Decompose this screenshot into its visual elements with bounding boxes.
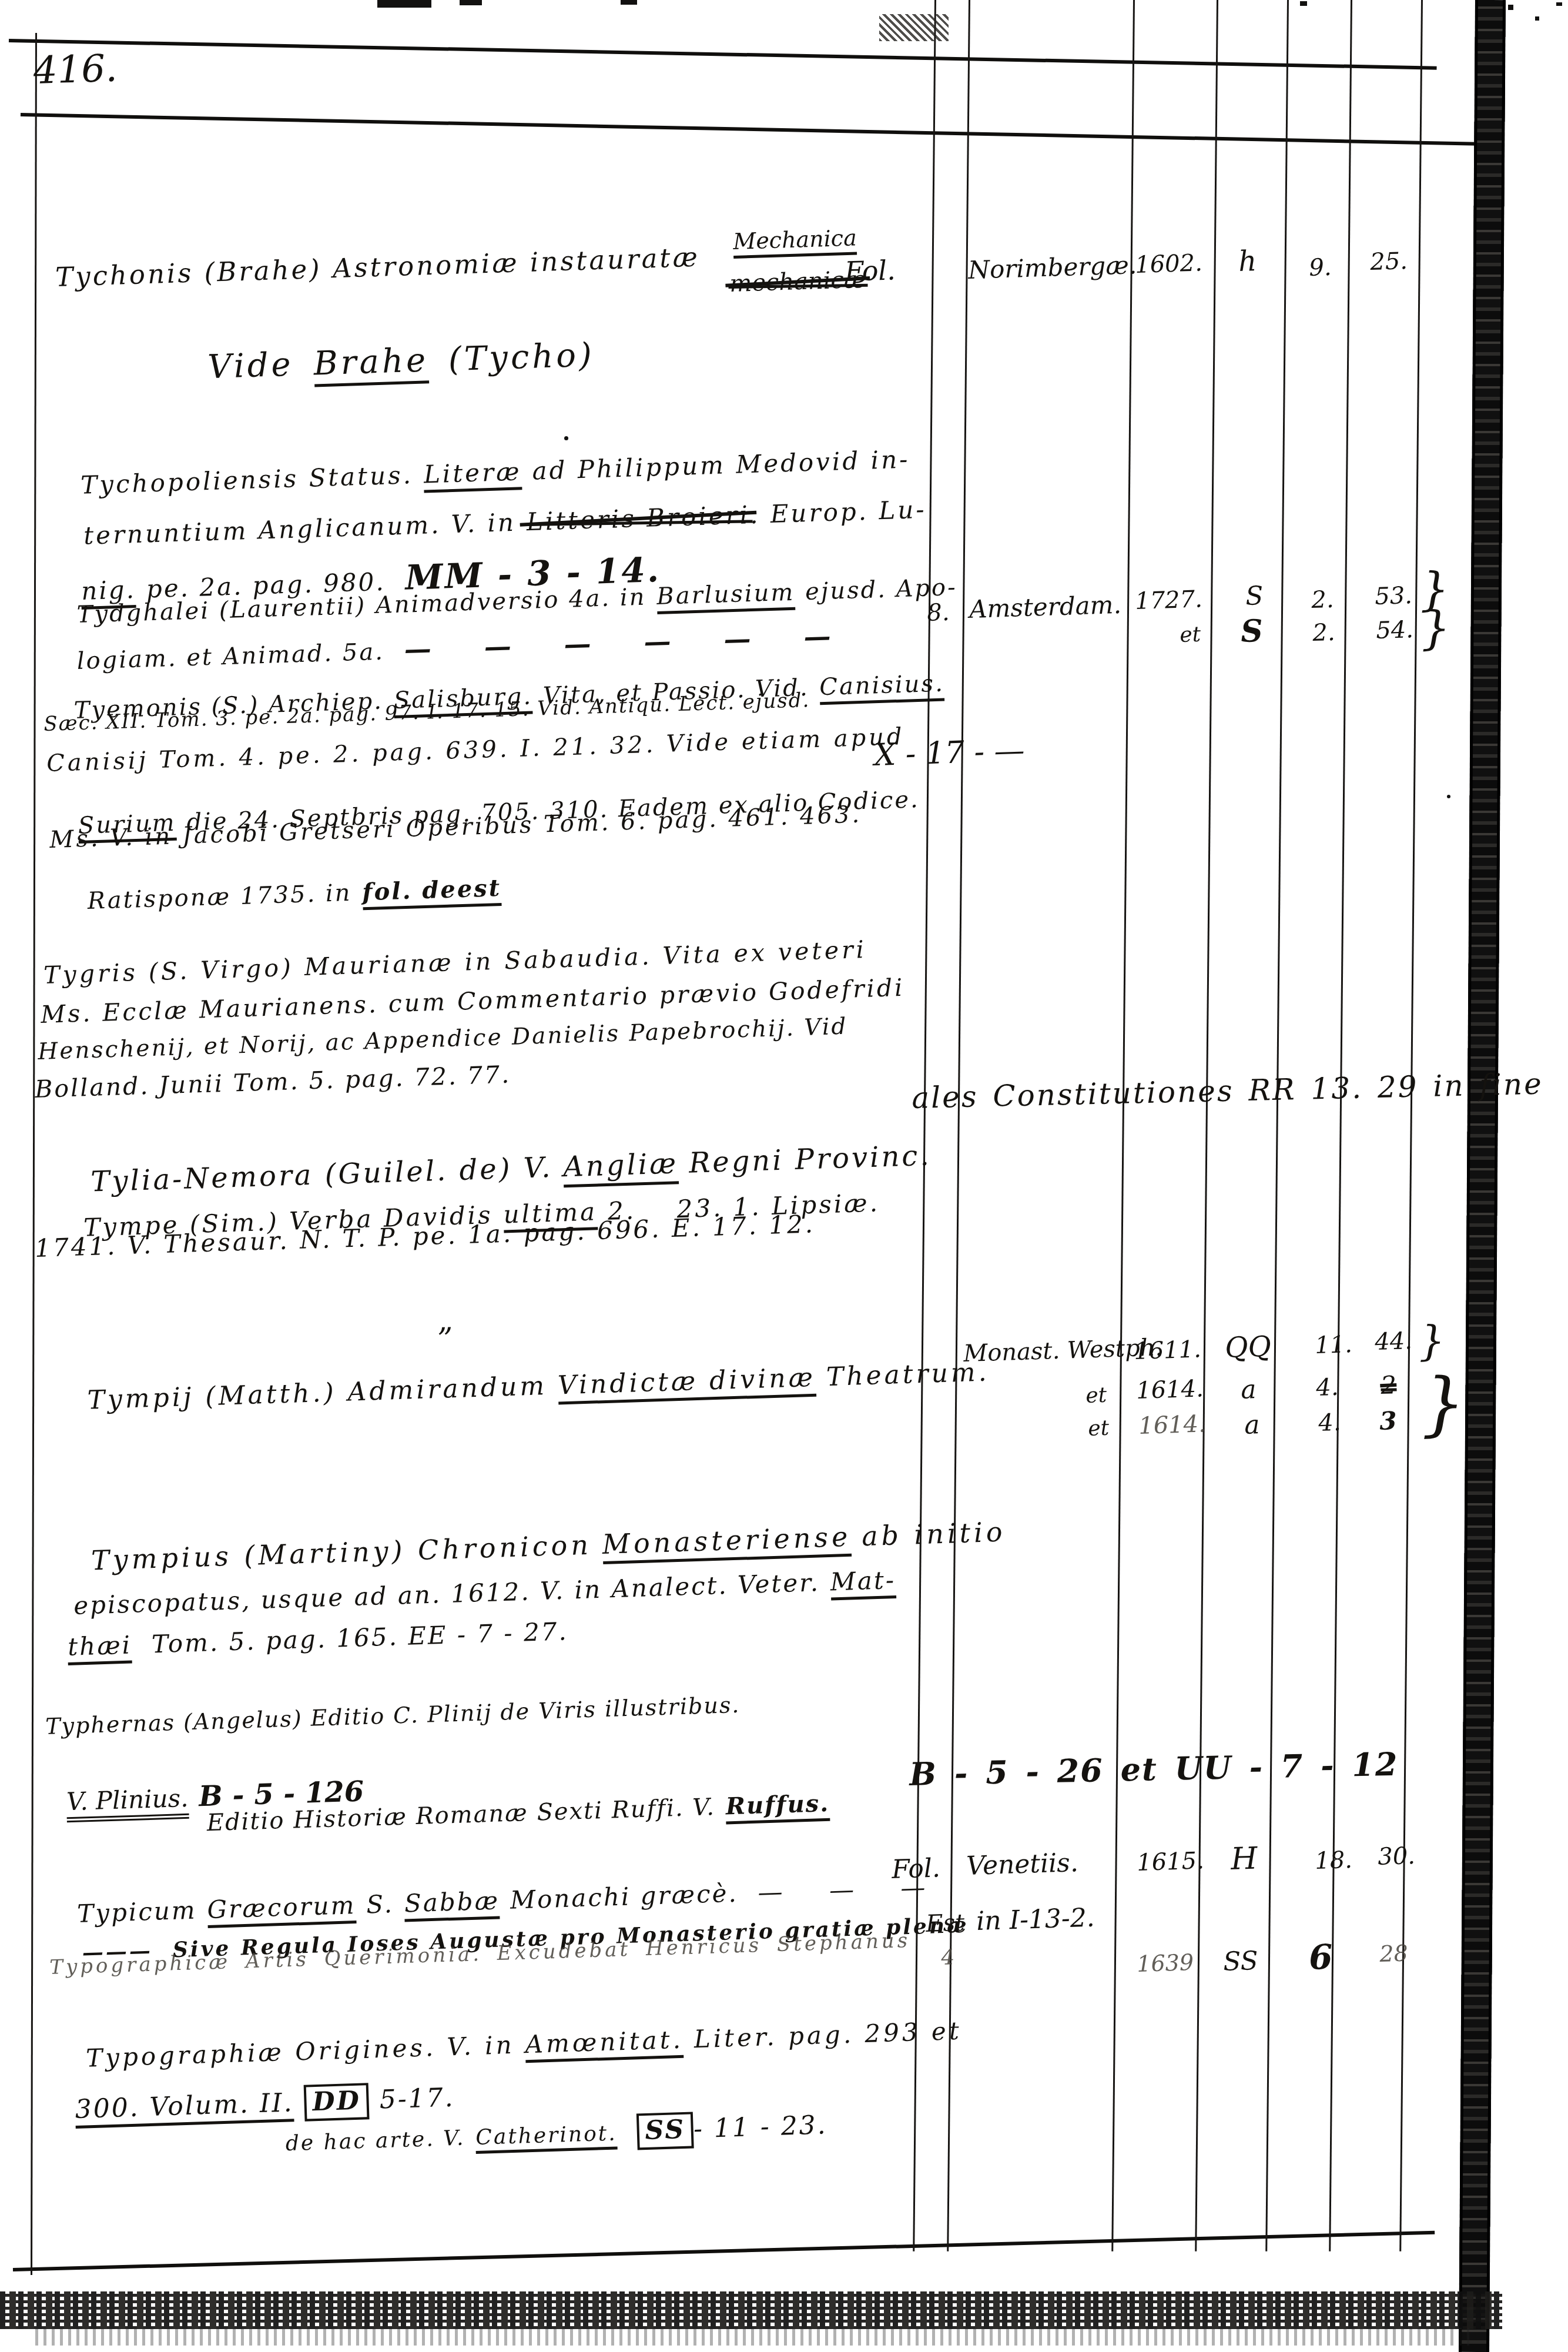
entry-tympij-letter1: QQ	[1224, 1332, 1271, 1363]
entry-tympij-year3: 1614.	[1138, 1411, 1207, 1438]
column-line-7	[1399, 0, 1423, 2251]
entry-tydghalei-year1: 1727.	[1135, 587, 1203, 614]
top-rule-2	[21, 113, 1493, 146]
edge-speck	[460, 0, 482, 5]
entry-tympij-vol1: 11.	[1315, 1332, 1353, 1358]
manuscript-page: 416. Tychonis (Brahe) Astronomiæ instaur…	[0, 0, 1568, 2352]
entry-tympij-page3: 3	[1379, 1408, 1398, 1434]
bottom-edge-noise	[0, 2291, 1502, 2329]
entry-tydghalei-place: Amsterdam.	[969, 592, 1122, 623]
entry-tympij-line1: Tympij (Matth.) AdmirandumVindictæ divin…	[42, 1331, 991, 1443]
edge-speck	[1300, 1, 1307, 6]
top-rule-1	[9, 39, 1437, 70]
entry-tympij-place1: Monast. Westph.	[963, 1335, 1163, 1366]
entry-tygris-line4: Bolland. Junii Tom. 5. pag. 72. 77.	[35, 1062, 511, 1102]
entry-typhernas-line1: Typhernas (Angelus) Editio C. Plinij de …	[45, 1694, 741, 1739]
entry-tydghalei-brace2: }	[1420, 602, 1450, 655]
edge-speck	[1508, 5, 1513, 10]
column-line-4	[1195, 0, 1218, 2251]
entry-tympij-year1: 1611.	[1134, 1337, 1202, 1364]
entry-typographicae-letter: SS	[1223, 1948, 1259, 1976]
binding-shadow	[1459, 0, 1506, 2352]
edge-speck	[1535, 16, 1539, 21]
column-line-6	[1329, 0, 1352, 2251]
entry-tympij-et2: et	[1085, 1384, 1107, 1407]
entry-typicum-shelf: in I-13-2.	[976, 1905, 1095, 1935]
entry-tydghalei-vol1: 2.	[1311, 587, 1334, 613]
entry-tympij-letter2: a	[1241, 1376, 1257, 1404]
entry-tychonis-page-ref: 25.	[1370, 249, 1408, 275]
entry-tympij-page2: 2	[1381, 1372, 1397, 1399]
stray-dot	[1447, 795, 1450, 798]
bottom-edge-noise-2	[35, 2328, 1469, 2346]
entry-typographicae-vol: 6	[1308, 1939, 1333, 1976]
entry-tychonis-vide-line: VideBrahe(Tycho)	[152, 304, 596, 421]
edge-speck	[377, 0, 431, 8]
ink-smudge	[879, 14, 949, 41]
entry-tychonis-place: Norimbergæ.	[968, 252, 1137, 283]
entry-tympius-line3: thæiTom. 5. pag. 165. EE - 7 - 27.	[28, 1592, 569, 1687]
entry-typicum-year: 1615.	[1137, 1848, 1205, 1875]
bottom-rule	[13, 2231, 1435, 2271]
entry-tychonis-line1: Tychonis (Brahe) Astronomiæ instauratæ	[55, 243, 701, 292]
entry-typographicae-page: 28	[1379, 1942, 1409, 1966]
entry-typicum-est: Est	[926, 1911, 965, 1936]
edge-speck	[1556, 2, 1562, 6]
entry-tydghalei-year2: et	[1180, 624, 1201, 647]
entry-tympij-year2: 1614.	[1136, 1376, 1204, 1403]
entry-tyemonis-line6: Ratisponæ 1735. infol. deest	[49, 851, 502, 939]
entry-tydghalei-letter2: S	[1240, 615, 1263, 648]
entry-typicum-place: Venetiis.	[966, 1849, 1079, 1880]
entry-tympij-et3: et	[1088, 1417, 1110, 1440]
entry-typographicae-format: 4	[941, 1946, 955, 1969]
entry-tychonis-format: Fol.	[844, 256, 896, 286]
entry-typicum-format: Fol.	[892, 1855, 941, 1883]
entry-tympij-vol2: 4.	[1316, 1375, 1339, 1400]
edge-speck	[621, 0, 637, 5]
entry-typographicae-year: 1639	[1137, 1951, 1194, 1976]
entry-tydghalei-page2: 54.	[1376, 617, 1414, 643]
entry-tympij-brace1: }	[1418, 1317, 1445, 1366]
column-line-3	[1111, 0, 1135, 2251]
entry-typicum-vol: 18.	[1315, 1848, 1353, 1873]
entry-tychonis-inserted-word: Mechanica	[733, 226, 857, 253]
entry-tychonis-year: 1602.	[1135, 250, 1203, 277]
entry-tydghalei-format: 8.	[927, 600, 950, 625]
entry-tychonis-shelf-letter: h	[1238, 246, 1257, 276]
entry-typicum-letter: H	[1230, 1843, 1258, 1876]
column-line-5	[1265, 0, 1289, 2251]
entry-tychonis-vol: 9.	[1309, 255, 1332, 280]
entry-tympij-brace2: }	[1420, 1362, 1466, 1444]
entry-tylia-spill: ales Constitutiones RR 13. 29 in fine	[912, 1069, 1543, 1114]
entry-tympij-page1: 44.	[1375, 1329, 1413, 1354]
entry-tydghalei-letter1: S	[1245, 583, 1264, 610]
entry-tympij-vol3: 4.	[1318, 1410, 1341, 1436]
entry-tydghalei-vol2: 2.	[1312, 620, 1335, 645]
entry-tympij-letter3: a	[1244, 1411, 1261, 1439]
entry-typicum-page: 30.	[1378, 1844, 1416, 1869]
entry-tydghalei-page1: 53.	[1375, 583, 1413, 609]
page-number: 416.	[33, 49, 118, 92]
entry-typhernas-spill: B - 5 - 26 et UU - 7 - 12	[909, 1748, 1399, 1791]
left-margin-line	[31, 33, 37, 2275]
